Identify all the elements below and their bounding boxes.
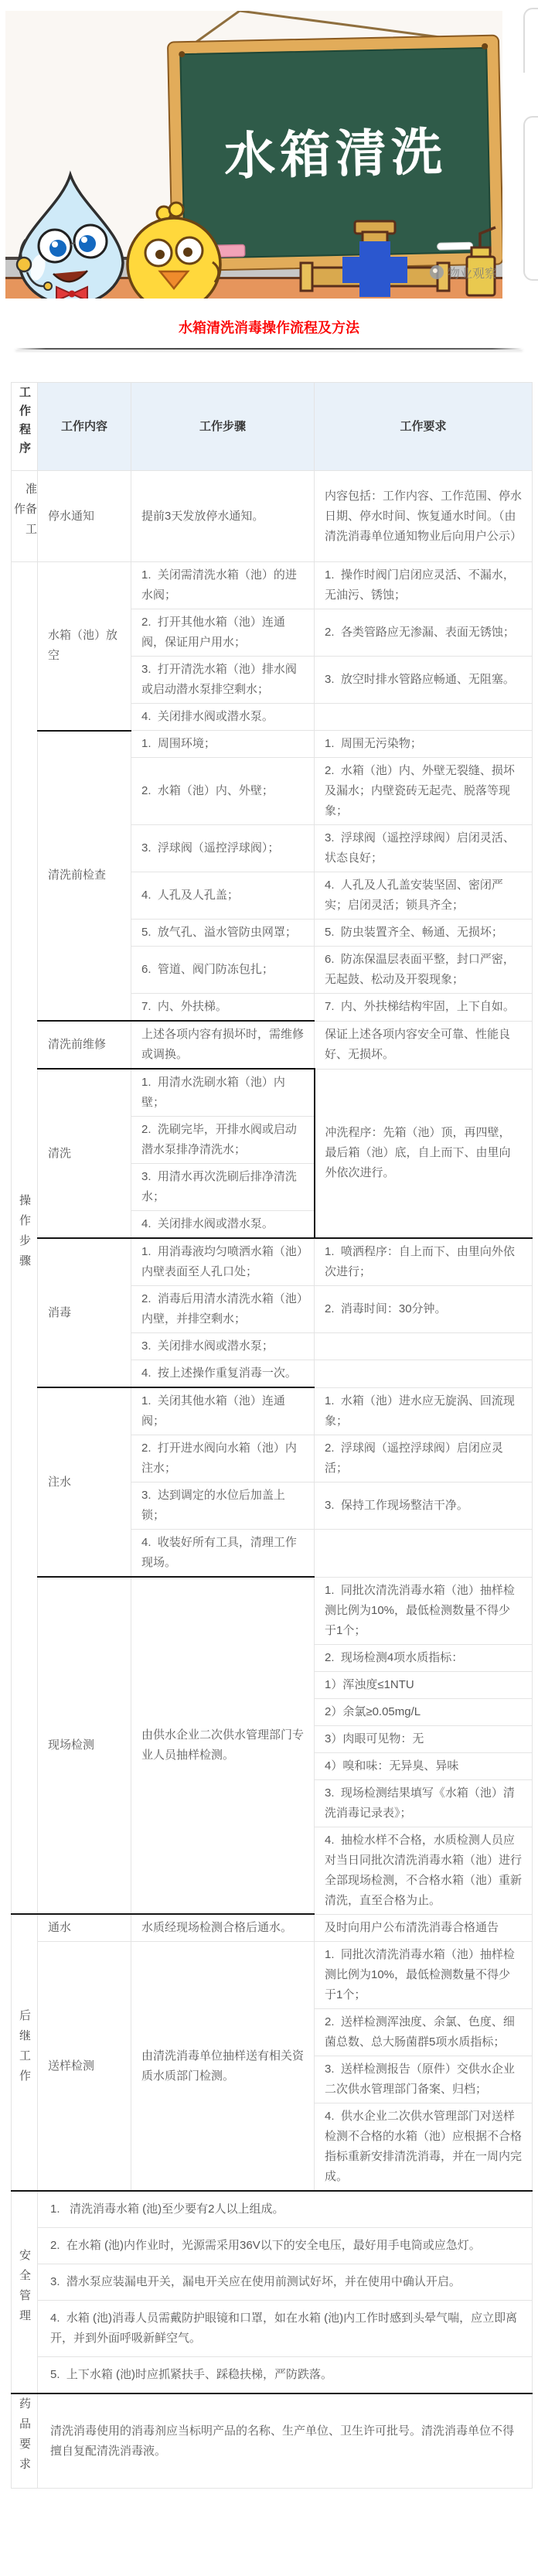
requirement-cell: 7. 内、外扶梯结构牢固，上下自如。	[315, 994, 533, 1022]
requirement-cell: 3. 浮球阀（遥控浮球阀）启闭灵活、状态良好；	[315, 825, 533, 872]
requirement-cell: 2. 消毒时间：30分钟。	[315, 1286, 533, 1333]
header-content: 工作内容	[38, 383, 131, 471]
requirement-cell: 内容包括：工作内容、工作范围、停水日期、停水时间、恢复通水时间。（由清洗消毒单位…	[315, 471, 533, 562]
requirement-cell	[315, 1530, 533, 1578]
procedure-cell: 药品要求	[12, 2393, 38, 2489]
table-row: 清洗 1. 用清水洗刷水箱（池）内壁； 冲洗程序：先箱（池）顶，再四壁，最后箱（…	[12, 1069, 533, 1117]
table-row: 操作步骤 水箱（池）放空 1. 关闭需清洗水箱（池）的进水阀； 1. 操作时阀门…	[12, 562, 533, 609]
step-cell: 6. 管道、阀门防冻包扎；	[131, 947, 315, 994]
watermark-text: 物业观察	[448, 267, 497, 281]
procedure-cell: 准备工作	[12, 471, 38, 562]
table-row: 消毒 1. 用消毒液均匀喷洒水箱（池）内壁表面至人孔口处； 1. 喷洒程序：自上…	[12, 1238, 533, 1286]
step-cell: 1. 关闭需清洗水箱（池）的进水阀；	[131, 562, 315, 609]
header-requirements: 工作要求	[315, 383, 533, 471]
content-cell: 送样检测	[38, 1942, 131, 2192]
requirement-cell: 2. 各类管路应无渗漏、表面无锈蚀；	[315, 609, 533, 657]
article-page: { "page": { "title": "水箱清洗消毒操作流程及方法" }, …	[0, 0, 538, 2576]
requirement-cell: 4. 抽检水样不合格，水质检测人员应对当日同批次清洗消毒水箱（池）进行全部现场检…	[315, 1827, 533, 1914]
step-cell: 4. 关闭排水阀或潜水泵。	[131, 704, 315, 731]
requirement-cell: 2. 送样检测浑浊度、余氯、色度、细菌总数、总大肠菌群5项水质指标；	[315, 2009, 533, 2056]
requirement-cell: 1. 水箱（池）进水应无旋涡、回流现象；	[315, 1387, 533, 1435]
step-cell: 由供水企业二次供水管理部门专业人员抽样检测。	[131, 1577, 315, 1914]
requirement-cell: 1. 喷洒程序：自上而下、由里向外依次进行；	[315, 1238, 533, 1286]
safety-rule-cell: 3. 潜水泵应装漏电开关，漏电开关应在使用前测试好坏，并在使用中确认开启。	[38, 2264, 533, 2301]
table-row: 2. 在水箱 (池)内作业时，光源需采用36V以下的安全电压，最好用手电筒或应急…	[12, 2228, 533, 2264]
content-cell: 清洗前检查	[38, 731, 131, 1022]
content-cell: 现场检测	[38, 1577, 131, 1914]
requirement-cell: 3. 保持工作现场整洁干净。	[315, 1482, 533, 1530]
requirement-cell: 1. 同批次清洗消毒水箱（池）抽样检测比例为10%，最低检测数量不得少于1个；	[315, 1577, 533, 1644]
step-cell: 由清洗消毒单位抽样送有相关资质水质部门检测。	[131, 1942, 315, 2192]
requirement-cell: 3. 送样检测报告（原件）交供水企业二次供水管理部门备案、归档；	[315, 2056, 533, 2103]
requirement-cell	[315, 1360, 533, 1388]
step-cell: 3. 浮球阀（遥控浮球阀）；	[131, 825, 315, 872]
watermark: 物业观察	[430, 265, 497, 281]
step-cell: 2. 消毒后用清水清洗水箱（池）内壁，并排空剩水；	[131, 1286, 315, 1333]
content-cell: 通水	[38, 1914, 131, 1942]
table-row: 送样检测 由清洗消毒单位抽样送有相关资质水质部门检测。 1. 同批次清洗消毒水箱…	[12, 1942, 533, 2009]
safety-rule-cell: 4. 水箱 (池)消毒人员需戴防护眼镜和口罩，如在水箱 (池)内工作时感到头晕气…	[38, 2301, 533, 2357]
step-cell: 上述各项内容有损坏时，需维修或调换。	[131, 1021, 315, 1069]
requirement-cell: 6. 防冻保温层表面平整，封口严密，无起鼓、松动及开裂现象；	[315, 947, 533, 994]
step-cell: 4. 人孔及人孔盖；	[131, 872, 315, 920]
step-cell: 3. 打开清洗水箱（池）排水阀或启动潜水泵排空剩水；	[131, 657, 315, 704]
table-row: 现场检测 由供水企业二次供水管理部门专业人员抽样检测。 1. 同批次清洗消毒水箱…	[12, 1577, 533, 1644]
step-cell: 1. 用清水洗刷水箱（池）内壁；	[131, 1069, 315, 1117]
requirement-cell: 1）浑浊度≤1NTU	[315, 1671, 533, 1698]
table-row: 后继工作 通水 水质经现场检测合格后通水。 及时向用户公布清洗消毒合格通告	[12, 1914, 533, 1942]
requirement-cell: 1. 周围无污染物；	[315, 731, 533, 758]
procedure-cell: 后继工作	[12, 1914, 38, 2191]
requirement-cell: 1. 同批次清洗消毒水箱（池）抽样检测比例为10%，最低检测数量不得少于1个；	[315, 1942, 533, 2009]
table-row: 清洗前检查 1. 周围环境； 1. 周围无污染物；	[12, 731, 533, 758]
right-card-border-bottom	[523, 116, 538, 281]
safety-rule-cell: 1. 清洗消毒水箱 (池)至少要有2人以上组成。	[38, 2191, 533, 2228]
step-cell: 3. 达到调定的水位后加盖上锁；	[131, 1482, 315, 1530]
requirement-cell: 及时向用户公布清洗消毒合格通告	[315, 1914, 533, 1942]
step-cell: 1. 关闭其他水箱（池）连通阀；	[131, 1387, 315, 1435]
requirement-cell: 冲洗程序：先箱（池）顶，再四壁，最后箱（池）底，自上而下、由里向外依次进行。	[315, 1069, 533, 1238]
requirement-cell	[315, 704, 533, 731]
right-card-border-top	[523, 8, 538, 73]
step-cell: 1. 用消毒液均匀喷洒水箱（池）内壁表面至人孔口处；	[131, 1238, 315, 1286]
procedure-cell: 操作步骤	[12, 562, 38, 1915]
step-cell: 7. 内、外扶梯。	[131, 994, 315, 1022]
page-title: 水箱清洗消毒操作流程及方法	[15, 319, 523, 337]
hero-illustration: 水箱清洗	[5, 11, 502, 299]
safety-rule-cell: 5. 上下水箱 (池)时应抓紧扶手、踩稳扶梯，严防跌落。	[38, 2357, 533, 2394]
header-steps: 工作步骤	[131, 383, 315, 471]
step-cell: 2. 洗刷完毕，开排水阀或启动潜水泵排净清洗水；	[131, 1117, 315, 1164]
content-cell: 水箱（池）放空	[38, 562, 131, 731]
requirement-cell: 3）肉眼可见物：无	[315, 1725, 533, 1752]
step-cell: 4. 关闭排水阀或潜水泵。	[131, 1211, 315, 1239]
step-cell: 1. 周围环境；	[131, 731, 315, 758]
procedure-table: 工作程序 工作内容 工作步骤 工作要求 准备工作 停水通知 提前3天发放停水通知…	[11, 382, 533, 2489]
step-cell: 2. 打开进水阀向水箱（池）内注水；	[131, 1435, 315, 1482]
requirement-cell: 4. 供水企业二次供水管理部门对送样检测不合格的水箱（池）应根据不合格指标重新安…	[315, 2103, 533, 2192]
table-row: 药品要求 清洗消毒使用的消毒剂应当标明产品的名称、生产单位、卫生许可批号。清洗消…	[12, 2393, 533, 2489]
step-cell: 4. 收装好所有工具，清理工作现场。	[131, 1530, 315, 1578]
safety-rule-cell: 2. 在水箱 (池)内作业时，光源需采用36V以下的安全电压，最好用手电筒或应急…	[38, 2228, 533, 2264]
table-row: 5. 上下水箱 (池)时应抓紧扶手、踩稳扶梯，严防跌落。	[12, 2357, 533, 2394]
chalk	[437, 242, 472, 250]
step-cell: 水质经现场检测合格后通水。	[131, 1914, 315, 1942]
requirement-cell: 2. 现场检测4项水质指标：	[315, 1644, 533, 1671]
table-row: 清洗前维修 上述各项内容有损坏时，需维修或调换。 保证上述各项内容安全可靠、性能…	[12, 1021, 533, 1069]
requirement-cell: 3. 现场检测结果填写《水箱（池）清洗消毒记录表》；	[315, 1779, 533, 1827]
table-row: 准备工作 停水通知 提前3天发放停水通知。 内容包括：工作内容、工作范围、停水日…	[12, 471, 533, 562]
step-cell: 3. 用清水再次洗刷后排净清洗水；	[131, 1164, 315, 1211]
step-cell: 5. 放气孔、溢水管防虫网罩；	[131, 920, 315, 947]
content-cell: 清洗前维修	[38, 1021, 131, 1069]
content-cell: 清洗	[38, 1069, 131, 1238]
header-row: 工作程序 工作内容 工作步骤 工作要求	[12, 383, 533, 471]
requirement-cell: 2）余氯≥0.05mg/L	[315, 1698, 533, 1725]
title-divider	[15, 348, 523, 350]
requirement-cell: 保证上述各项内容安全可靠、性能良好、无损坏。	[315, 1021, 533, 1069]
requirement-cell: 2. 水箱（池）内、外壁无裂缝、损坏及漏水；内壁瓷砖无起壳、脱落等现象；	[315, 758, 533, 825]
content-cell: 注水	[38, 1387, 131, 1577]
requirement-cell: 2. 浮球阀（遥控浮球阀）启闭应灵活；	[315, 1435, 533, 1482]
requirement-cell: 5. 防虫装置齐全、畅通、无损坏；	[315, 920, 533, 947]
step-cell: 3. 关闭排水阀或潜水泵；	[131, 1333, 315, 1360]
table-row: 3. 潜水泵应装漏电开关，漏电开关应在使用前测试好坏，并在使用中确认开启。	[12, 2264, 533, 2301]
requirement-cell: 4）嗅和味：无异臭、异味	[315, 1752, 533, 1779]
drug-requirement-cell: 清洗消毒使用的消毒剂应当标明产品的名称、生产单位、卫生许可批号。清洗消毒单位不得…	[38, 2393, 533, 2489]
table-row: 4. 水箱 (池)消毒人员需戴防护眼镜和口罩，如在水箱 (池)内工作时感到头晕气…	[12, 2301, 533, 2357]
table-row: 安全管理 1. 清洗消毒水箱 (池)至少要有2人以上组成。	[12, 2191, 533, 2228]
requirement-cell	[315, 1333, 533, 1360]
requirement-cell: 4. 人孔及人孔盖安装坚固、密闭严实；启闭灵活；锁具齐全；	[315, 872, 533, 920]
content-cell: 停水通知	[38, 471, 131, 562]
step-cell: 4. 按上述操作重复消毒一次。	[131, 1360, 315, 1388]
step-cell: 2. 水箱（池）内、外壁；	[131, 758, 315, 825]
step-cell: 2. 打开其他水箱（池）连通阀，保证用户用水；	[131, 609, 315, 657]
step-cell: 提前3天发放停水通知。	[131, 471, 315, 562]
board-title-text: 水箱清洗	[223, 123, 447, 185]
table-row: 注水 1. 关闭其他水箱（池）连通阀； 1. 水箱（池）进水应无旋涡、回流现象；	[12, 1387, 533, 1435]
requirement-cell: 3. 放空时排水管路应畅通、无阻塞。	[315, 657, 533, 704]
procedure-cell: 安全管理	[12, 2191, 38, 2393]
content-cell: 消毒	[38, 1238, 131, 1387]
header-procedure: 工作程序	[12, 383, 38, 471]
requirement-cell: 1. 操作时阀门启闭应灵活、不漏水，无油污、锈蚀；	[315, 562, 533, 609]
chalkboard: 水箱清洗	[168, 36, 502, 271]
